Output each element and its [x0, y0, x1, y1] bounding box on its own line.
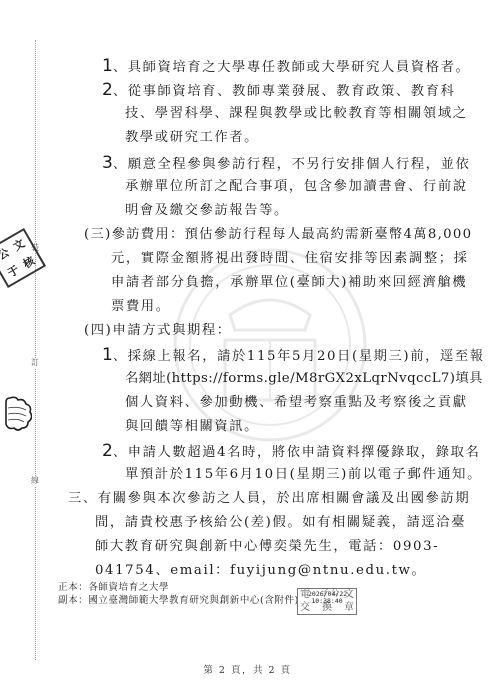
section-application: (四)申請方式與期程： — [84, 323, 232, 339]
section-visit-cost-cont: 票費用。 — [111, 299, 171, 315]
qualification-item-1: 1、具師資培育之大學專任教師或大學研究人員資格者。 — [102, 58, 470, 76]
binding-label-ding: 訂 — [31, 358, 39, 368]
qualification-item-3-cont: 明會及繳交參訪報告等。 — [125, 203, 289, 219]
item-text: 申請人數超過4名時，將依申請資料擇優錄取，錄取名 — [128, 445, 481, 460]
main-recipient: 正本：各師資培育之大學 — [58, 582, 169, 594]
item-separator: 、 — [113, 349, 128, 364]
qualification-item-3: 3、願意全程參與參訪行程，不另行安排個人行程，並依 — [102, 155, 470, 173]
item-number: 3 — [102, 153, 113, 173]
application-item-2: 2、申請人數超過4名時，將依申請資料擇優錄取，錄取名 — [102, 443, 480, 461]
item-text: 採線上報名，請於115年5月20日(星期三)前，逕至報 — [128, 349, 485, 364]
item-text: 具師資培育之大學專任教師或大學研究人員資格者。 — [128, 60, 471, 75]
item-separator: 、 — [113, 445, 128, 460]
item-number: 1 — [102, 56, 113, 76]
contact-email-line: 041754、email：fuyijung@ntnu.edu.tw。 — [95, 563, 426, 579]
copy-recipient-label: 副本： — [58, 595, 88, 606]
section-heading: (三) — [84, 227, 112, 242]
official-seal-stamp: 公 文 于 核 — [0, 228, 46, 288]
flower-seal-icon — [4, 396, 32, 432]
application-item-2-cont: 單預計於115年6月10日(星期三)前以電子郵件通知。 — [125, 467, 482, 483]
main-recipient-label: 正本： — [58, 582, 88, 593]
item-separator: 、 — [113, 84, 128, 99]
copy-recipient-value: 國立臺灣師範大學教育研究與創新中心(含附件) — [88, 595, 299, 606]
qualification-item-2-cont: 教學或研究工作者。 — [125, 130, 259, 146]
section-visit-cost-cont: 申請者部分負擔，承辦單位(臺師大)補助來回經濟艙機 — [111, 275, 467, 291]
section-title: 申請方式與期程： — [112, 323, 231, 338]
point-three-cont: 師大教育研究與創新中心傅奕榮先生，電話：0903- — [95, 539, 439, 555]
section-visit-cost-cont: 元，實際金額將視出發時間、住宿安排等因素調整；採 — [111, 251, 469, 267]
item-number: 1 — [102, 345, 113, 365]
item-number: 2 — [102, 441, 113, 461]
stamp-timestamp: 2026/04/22 10:38:40 — [308, 591, 346, 605]
registration-url-line: 名網址(https://forms.gle/M8rGX2xLqrNvqccL7)… — [125, 371, 483, 387]
point-text: 有關參與本次參訪之人員，於出席相關會議及出國參訪期 — [98, 491, 470, 506]
qualification-item-3-cont: 承辦單位所訂之配合事項，包含參加讀書會、行前說 — [125, 179, 468, 195]
stamp-time: 10:38:40 — [308, 598, 346, 605]
section-visit-cost: (三)參訪費用：預估參訪行程每人最高約需新臺幣4萬8,000 — [84, 227, 472, 243]
section-text: 參訪費用：預估參訪行程每人最高約需新臺幣4萬8,000 — [112, 227, 473, 242]
point-three: 三、有關參與本次參訪之人員，於出席相關會議及出國參訪期 — [68, 491, 470, 507]
application-item-1: 1、採線上報名，請於115年5月20日(星期三)前，逕至報 — [102, 347, 485, 365]
application-item-1-cont: 與回饋等相關資訊。 — [125, 419, 259, 435]
e-document-exchange-stamp: 電 子 公 文 交 換 章 2026/04/22 10:38:40 — [297, 588, 357, 615]
point-heading: 三、 — [68, 491, 98, 506]
point-three-cont: 間，請貴校惠予核給公(差)假。如有相關疑義，請逕洽臺 — [95, 515, 466, 531]
qualification-item-2-cont: 技、學習科學、課程與教學或比較教育等相關領域之 — [125, 106, 468, 122]
item-separator: 、 — [113, 157, 128, 172]
item-text: 願意全程參與參訪行程，不另行安排個人行程，並依 — [128, 157, 471, 172]
copy-recipient: 副本：國立臺灣師範大學教育研究與創新中心(含附件) — [58, 595, 299, 607]
item-separator: 、 — [113, 60, 128, 75]
main-recipient-value: 各師資培育之大學 — [88, 582, 169, 593]
binding-line — [35, 40, 36, 660]
application-item-1-cont: 個人資料、參加動機、希望考察重點及考察後之貢獻 — [125, 395, 468, 411]
section-heading: (四) — [84, 323, 112, 338]
qualification-item-2: 2、從事師資培育、教師專業發展、教育政策、教育科 — [102, 82, 455, 100]
page-number: 第 2 頁，共 2 頁 — [0, 662, 495, 676]
binding-label-xian: 線 — [31, 476, 39, 486]
item-text: 從事師資培育、教師專業發展、教育政策、教育科 — [128, 84, 456, 99]
item-number: 2 — [102, 80, 113, 100]
